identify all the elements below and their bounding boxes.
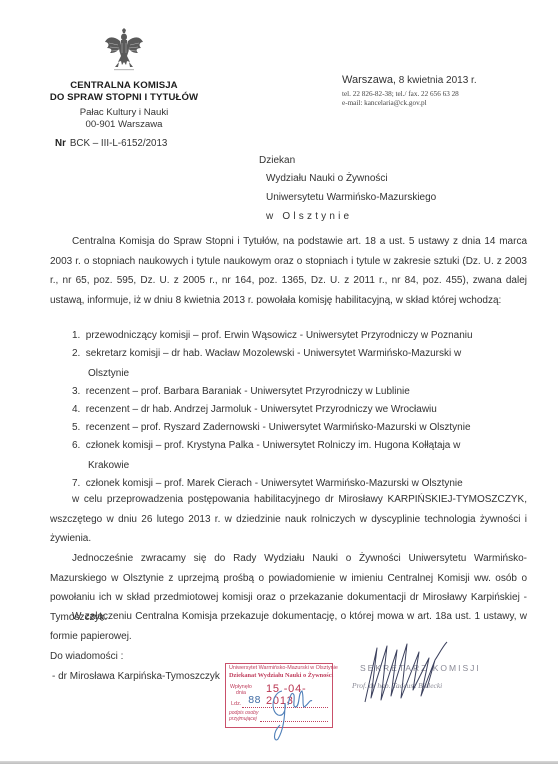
item-text: recenzent – dr hab. Andrzej Jarmoluk - U… — [86, 404, 437, 415]
contact-email[interactable]: e-mail: kancelaria@ck.gov.pl — [342, 99, 427, 107]
addressee-line3: Uniwersytetu Warmińsko-Mazurskiego — [266, 192, 436, 203]
item-number: 6. — [72, 437, 83, 455]
stamp-received-date: 15 -04- 2013 — [266, 683, 332, 707]
stamp-signature-label: podpis osobyprzyjmującej — [229, 711, 258, 722]
purpose-paragraph: w celu przeprowadzenia postępowania habi… — [50, 490, 527, 549]
org-address-line2: 00-901 Warszawa — [40, 119, 208, 130]
list-item: 2. sekretarz komisji – dr hab. Wacław Mo… — [72, 345, 527, 382]
list-item: 3. recenzent – prof. Barbara Baraniak - … — [72, 383, 527, 401]
list-item: 6. członek komisji – prof. Krystyna Palk… — [72, 437, 527, 474]
addressee-line2: Wydziału Nauki o Żywności — [266, 173, 388, 184]
stamp-institution: Uniwersytet Warmińsko-Mazurski w Olsztyn… — [229, 665, 338, 671]
item-text-continued: Krakowie — [72, 457, 527, 475]
item-text: sekretarz komisji – dr hab. Wacław Mozol… — [86, 348, 461, 359]
stamp-signature-label-2: przyjmującej — [229, 716, 257, 722]
org-name-line1: CENTRALNA KOMISJA — [40, 80, 208, 91]
signatory-name: Prof. dr hab. Tadeusz Bielecki — [352, 681, 442, 690]
intro-text: Centralna Komisja do Spraw Stopni i Tytu… — [50, 236, 527, 306]
signature-scribble-icon — [355, 640, 475, 710]
polish-eagle-emblem-icon — [104, 28, 144, 72]
stamp-ldz-number: 88 — [248, 695, 261, 706]
dateline: Warszawa, 8 kwietnia 2013 r. — [342, 74, 477, 86]
received-stamp: Uniwersytet Warmińsko-Mazurski w Olsztyn… — [225, 663, 333, 728]
item-text-continued: Olsztynie — [72, 365, 527, 383]
dateline-place: Warszawa, — [342, 74, 396, 86]
item-number: 4. — [72, 401, 83, 419]
stamp-ldz-dotted-line — [242, 707, 328, 708]
cc-label: Do wiadomości : — [50, 651, 123, 662]
item-number: 3. — [72, 383, 83, 401]
purpose-text: w celu przeprowadzenia postępowania habi… — [50, 494, 527, 544]
stamp-ldz-label: Ldz. — [231, 701, 241, 707]
list-item: 4. recenzent – dr hab. Andrzej Jarmoluk … — [72, 401, 527, 419]
reference-value: BCK – III-L-6152/2013 — [70, 138, 168, 149]
scan-edge-divider — [0, 761, 558, 764]
signatory-title: SEKRETARZ KOMISJI — [360, 663, 481, 673]
reference-label: Nr — [55, 138, 66, 149]
stamp-received-label-2: dnia — [236, 690, 246, 696]
stamp-office: Dziekanat Wydziału Nauki o Żywności — [229, 672, 333, 679]
item-text: przewodniczący komisji – prof. Erwin Wąs… — [86, 330, 473, 341]
reference-number: NrBCK – III-L-6152/2013 — [55, 138, 167, 149]
list-item: 5. recenzent – prof. Ryszard Zadernowski… — [72, 419, 527, 437]
cc-recipient: - dr Mirosława Karpińska-Tymoszczyk — [52, 671, 220, 682]
contact-phone: tel. 22 826-82-38; tel./ fax. 22 656 63 … — [342, 90, 459, 98]
org-name-line2: DO SPRAW STOPNI I TYTUŁÓW — [40, 92, 208, 103]
item-number: 5. — [72, 419, 83, 437]
org-address-line1: Pałac Kultury i Nauki — [40, 107, 208, 118]
attachment-text: W załączeniu Centralna Komisja przekazuj… — [50, 611, 527, 642]
item-text: recenzent – prof. Ryszard Zadernowski - … — [86, 422, 471, 433]
item-number: 2. — [72, 345, 83, 363]
dateline-date: 8 kwietnia 2013 r. — [399, 75, 477, 86]
item-number: 1. — [72, 327, 83, 345]
item-text: recenzent – prof. Barbara Baraniak - Uni… — [86, 386, 410, 397]
addressee-line4: w Olsztynie — [266, 211, 352, 222]
addressee-line1: Dziekan — [259, 155, 295, 166]
attachment-paragraph: W załączeniu Centralna Komisja przekazuj… — [50, 607, 527, 646]
item-text: członek komisji – prof. Marek Cierach - … — [86, 478, 463, 489]
list-item: 1. przewodniczący komisji – prof. Erwin … — [72, 327, 527, 345]
intro-paragraph: Centralna Komisja do Spraw Stopni i Tytu… — [50, 232, 527, 310]
stamp-signature-dotted-line — [260, 721, 328, 722]
item-text: członek komisji – prof. Krystyna Palka -… — [86, 440, 461, 451]
